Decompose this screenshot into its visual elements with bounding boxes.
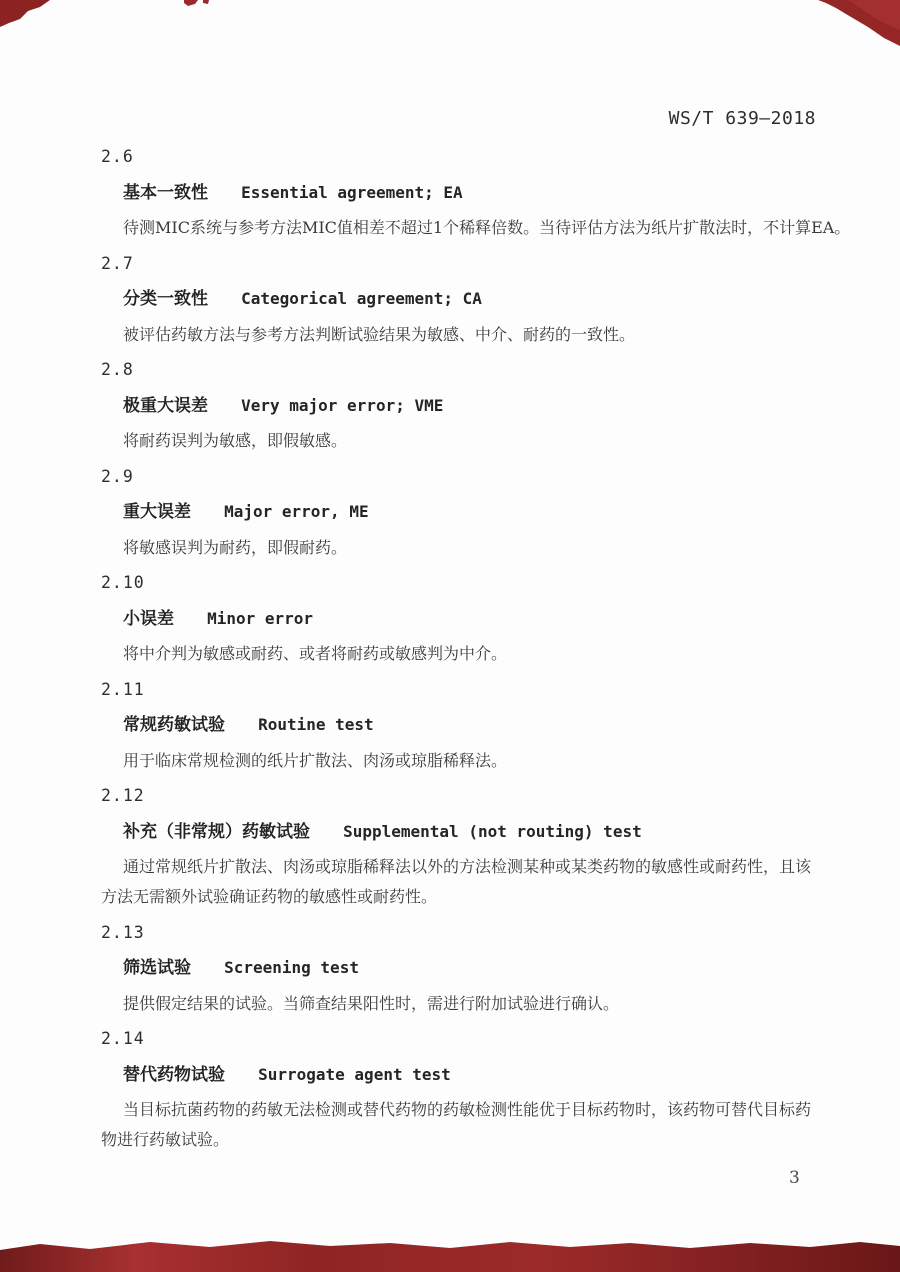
- term-heading: 小误差 Minor error: [101, 609, 826, 629]
- term-cn: 小误差: [123, 609, 174, 629]
- term-cn: 分类一致性: [123, 289, 208, 309]
- body-line: 用于临床常规检测的纸片扩散法、肉汤或琼脂稀释法。: [101, 751, 826, 771]
- body-line: 物进行药敏试验。: [101, 1130, 826, 1150]
- section-number: 2.6: [101, 147, 826, 167]
- section: 2.11 常规药敏试验 Routine test 用于临床常规检测的纸片扩散法、…: [101, 680, 826, 771]
- term-cn: 基本一致性: [123, 183, 208, 203]
- section-number: 2.10: [101, 573, 826, 593]
- term-heading: 筛选试验 Screening test: [101, 958, 826, 978]
- scan-artifact-top-speck: [184, 0, 198, 6]
- term-cn: 筛选试验: [123, 958, 191, 978]
- section: 2.14 替代药物试验 Surrogate agent test 当目标抗菌药物…: [101, 1029, 826, 1150]
- standard-number-header: WS/T 639—2018: [669, 108, 816, 129]
- body-line: 方法无需额外试验确证药物的敏感性或耐药性。: [101, 887, 826, 907]
- section-number: 2.12: [101, 786, 826, 806]
- terminology-sections: 2.6 基本一致性 Essential agreement; EA 待测MIC系…: [101, 147, 826, 1166]
- body-line: 待测MIC系统与参考方法MIC值相差不超过1个稀释倍数。当待评估方法为纸片扩散法…: [101, 218, 826, 238]
- section-number: 2.8: [101, 360, 826, 380]
- term-cn: 重大误差: [123, 502, 191, 522]
- term-en: Categorical agreement; CA: [241, 289, 482, 308]
- scan-artifact-top-left: [0, 0, 50, 27]
- section: 2.13 筛选试验 Screening test 提供假定结果的试验。当筛查结果…: [101, 923, 826, 1014]
- term-en: Routine test: [258, 715, 374, 734]
- body-line: 当目标抗菌药物的药敏无法检测或替代药物的药敏检测性能优于目标药物时，该药物可替代…: [101, 1100, 826, 1120]
- term-en: Essential agreement; EA: [241, 183, 463, 202]
- body-line: 将中介判为敏感或耐药、或者将耐药或敏感判为中介。: [101, 644, 826, 664]
- term-heading: 替代药物试验 Surrogate agent test: [101, 1065, 826, 1085]
- scan-artifact-top-right-highlight: [848, 0, 900, 30]
- page-number: 3: [789, 1168, 800, 1188]
- body-line: 将敏感误判为耐药，即假耐药。: [101, 538, 826, 558]
- section-number: 2.7: [101, 254, 826, 274]
- section: 2.8 极重大误差 Very major error; VME 将耐药误判为敏感…: [101, 360, 826, 451]
- scan-artifact-bottom-band: [0, 1241, 900, 1272]
- term-heading: 分类一致性 Categorical agreement; CA: [101, 289, 826, 309]
- term-en: Minor error: [207, 609, 313, 628]
- scan-artifact-top-speck-2: [203, 0, 209, 4]
- term-en: Supplemental (not routing) test: [343, 822, 642, 841]
- section: 2.6 基本一致性 Essential agreement; EA 待测MIC系…: [101, 147, 826, 238]
- scan-artifact-top-right: [818, 0, 900, 46]
- section-number: 2.9: [101, 467, 826, 487]
- section-number: 2.11: [101, 680, 826, 700]
- section: 2.7 分类一致性 Categorical agreement; CA 被评估药…: [101, 254, 826, 345]
- term-heading: 补充（非常规）药敏试验 Supplemental (not routing) t…: [101, 822, 826, 842]
- section: 2.9 重大误差 Major error, ME 将敏感误判为耐药，即假耐药。: [101, 467, 826, 558]
- term-en: Surrogate agent test: [258, 1065, 451, 1084]
- term-en: Screening test: [224, 958, 359, 977]
- document-page: WS/T 639—2018 2.6 基本一致性 Essential agreem…: [0, 0, 900, 1272]
- term-heading: 基本一致性 Essential agreement; EA: [101, 183, 826, 203]
- section: 2.12 补充（非常规）药敏试验 Supplemental (not routi…: [101, 786, 826, 907]
- term-cn: 替代药物试验: [123, 1065, 225, 1085]
- term-heading: 常规药敏试验 Routine test: [101, 715, 826, 735]
- body-line: 将耐药误判为敏感，即假敏感。: [101, 431, 826, 451]
- term-cn: 常规药敏试验: [123, 715, 225, 735]
- term-cn: 补充（非常规）药敏试验: [123, 822, 310, 842]
- section-number: 2.14: [101, 1029, 826, 1049]
- term-heading: 极重大误差 Very major error; VME: [101, 396, 826, 416]
- body-line: 通过常规纸片扩散法、肉汤或琼脂稀释法以外的方法检测某种或某类药物的敏感性或耐药性…: [101, 857, 826, 877]
- term-cn: 极重大误差: [123, 396, 208, 416]
- body-line: 提供假定结果的试验。当筛查结果阳性时，需进行附加试验进行确认。: [101, 994, 826, 1014]
- section-number: 2.13: [101, 923, 826, 943]
- body-line: 被评估药敏方法与参考方法判断试验结果为敏感、中介、耐药的一致性。: [101, 325, 826, 345]
- section: 2.10 小误差 Minor error 将中介判为敏感或耐药、或者将耐药或敏感…: [101, 573, 826, 664]
- term-en: Major error, ME: [224, 502, 369, 521]
- term-en: Very major error; VME: [241, 396, 443, 415]
- term-heading: 重大误差 Major error, ME: [101, 502, 826, 522]
